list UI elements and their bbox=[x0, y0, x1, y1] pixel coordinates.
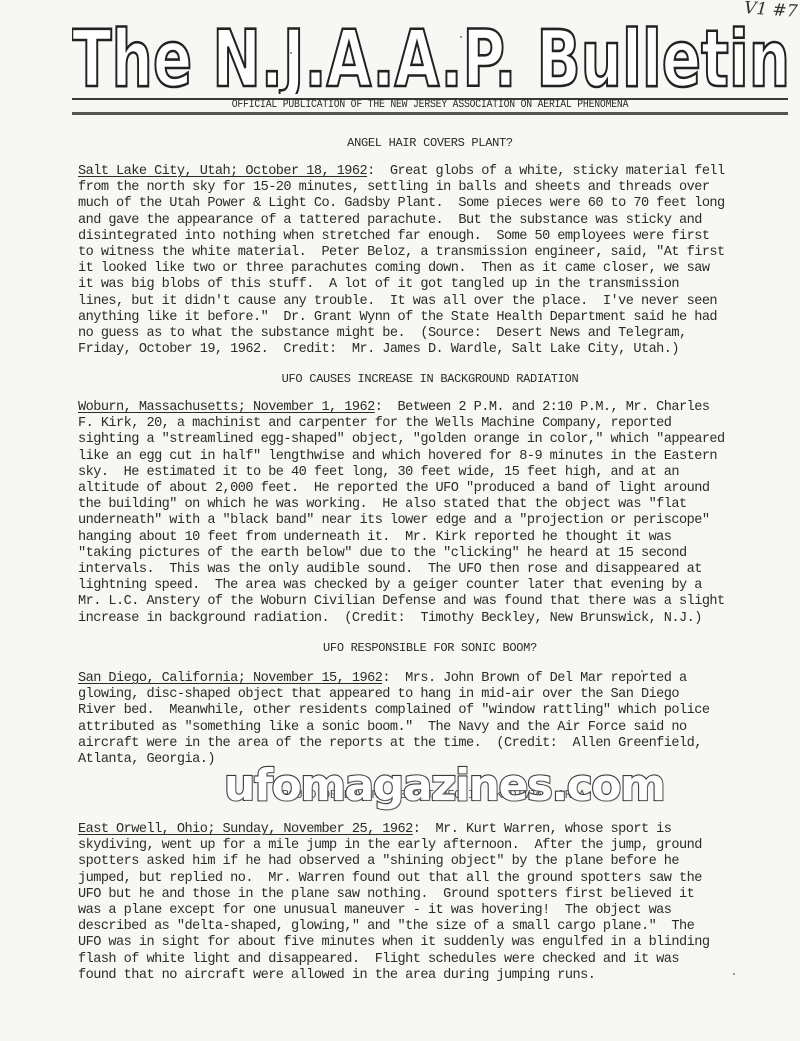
masthead-title: The N.J.A.A.P. Bulletin bbox=[72, 22, 794, 94]
article-body: Salt Lake City, Utah; October 18, 1962: … bbox=[78, 164, 778, 358]
bulletin-page: V1 #7 The N.J.A.A.P. Bulletin OFFICIAL P… bbox=[0, 0, 800, 1041]
masthead-title-graphic: The N.J.A.A.P. Bulletin bbox=[72, 22, 794, 94]
svg-text:The N.J.A.A.P. Bulletin: The N.J.A.A.P. Bulletin bbox=[72, 22, 790, 94]
ink-speck bbox=[460, 36, 462, 38]
masthead-subtitle: OFFICIAL PUBLICATION OF THE NEW JERSEY A… bbox=[101, 98, 760, 112]
article-dateline: Woburn, Massachusetts; November 1, 1962 bbox=[78, 400, 375, 415]
article-body: Woburn, Massachusetts; November 1, 1962:… bbox=[78, 400, 778, 627]
handwritten-volume-note: V1 #7 bbox=[743, 0, 798, 22]
article-heading: UFO CAUSES INCREASE IN BACKGROUND RADIAT… bbox=[72, 372, 788, 386]
article-heading: ANGEL HAIR COVERS PLANT? bbox=[72, 136, 788, 150]
ink-speck bbox=[536, 792, 538, 794]
article-heading: UFO RESPONSIBLE FOR SONIC BOOM? bbox=[72, 641, 788, 655]
article-body: East Orwell, Ohio; Sunday, November 25, … bbox=[78, 822, 778, 984]
masthead-rule-bottom bbox=[72, 112, 788, 115]
ink-speck bbox=[290, 52, 292, 54]
article-dateline: San Diego, California; November 15, 1962 bbox=[78, 671, 382, 686]
article-body: San Diego, California; November 15, 1962… bbox=[78, 671, 778, 768]
ink-speck bbox=[733, 973, 735, 975]
article-dateline: East Orwell, Ohio; Sunday, November 25, … bbox=[78, 822, 413, 837]
article-dateline: Salt Lake City, Utah; October 18, 1962 bbox=[78, 164, 367, 179]
ink-speck bbox=[641, 670, 643, 672]
watermark: ufomagazines.com bbox=[224, 760, 664, 811]
